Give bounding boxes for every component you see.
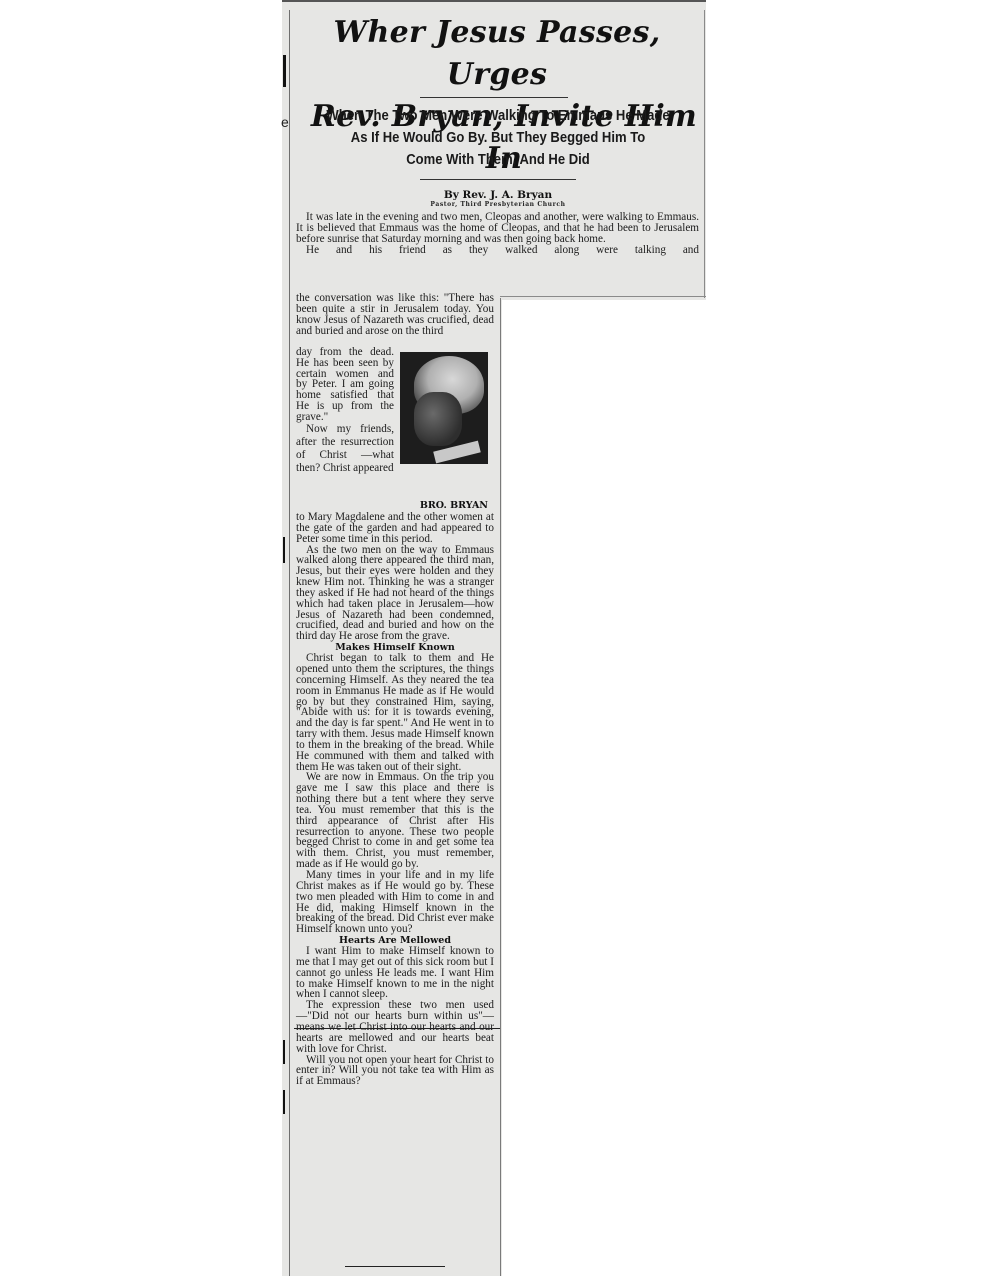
paragraph: Now my friends, after the resurrection o… — [296, 423, 394, 476]
article-end-rule — [345, 1266, 445, 1267]
column-rule-right — [500, 298, 501, 1276]
paragraph: He and his friend as they walked along w… — [296, 245, 699, 256]
author-photo — [400, 352, 488, 498]
column-rule-left — [289, 10, 290, 1276]
headline-line-1: Wher Jesus Passes, Urges — [292, 12, 702, 96]
column-main-text: to Mary Magdalene and the other women at… — [296, 512, 494, 1087]
paragraph: It was late in the evening and two men, … — [296, 212, 699, 245]
portrait-face — [414, 392, 462, 446]
paragraph: Many times in your life and in my life C… — [296, 870, 494, 935]
paragraph: Christ began to talk to them and He open… — [296, 653, 494, 772]
deck-line-1: When The Two Men Were Walking To Emmaus … — [313, 105, 684, 127]
portrait-image — [400, 352, 488, 464]
photo-caption: BRO. BRYAN — [400, 500, 488, 511]
deck-line-3: Come With Them, And He Did — [313, 149, 684, 171]
paragraph: We are now in Emmaus. On the trip you ga… — [296, 772, 494, 870]
paragraph: to Mary Magdalene and the other women at… — [296, 512, 494, 545]
paragraph: Will you not open your heart for Christ … — [296, 1055, 494, 1088]
header-rule-right — [704, 10, 705, 298]
paragraph: I want Him to make Himself known to me t… — [296, 946, 494, 1000]
adjacent-column-fragment — [283, 537, 285, 563]
deck-divider — [420, 179, 576, 180]
text-beside-photo: day from the dead. He has been seen by c… — [296, 347, 394, 475]
paragraph: the conversation was like this: "There h… — [296, 293, 494, 336]
header-bottom-rule — [500, 296, 706, 297]
adjacent-column-fragment — [283, 1090, 285, 1114]
subheadline-deck: When The Two Men Were Walking To Emmaus … — [313, 105, 684, 171]
intro-text: It was late in the evening and two men, … — [296, 212, 699, 255]
adjacent-column-letter: e — [281, 114, 289, 130]
column-top-text: the conversation was like this: "There h… — [296, 293, 494, 336]
deck-line-2: As If He Would Go By. But They Begged Hi… — [313, 127, 684, 149]
byline-title: Pastor, Third Presbyterian Church — [292, 201, 704, 209]
print-defect-line — [294, 1028, 500, 1029]
adjacent-column-fragment — [283, 1040, 285, 1064]
paragraph: day from the dead. He has been seen by c… — [296, 347, 394, 423]
adjacent-column-fragment — [283, 55, 286, 87]
headline-divider — [420, 97, 568, 98]
paragraph: As the two men on the way to Emmaus walk… — [296, 545, 494, 643]
